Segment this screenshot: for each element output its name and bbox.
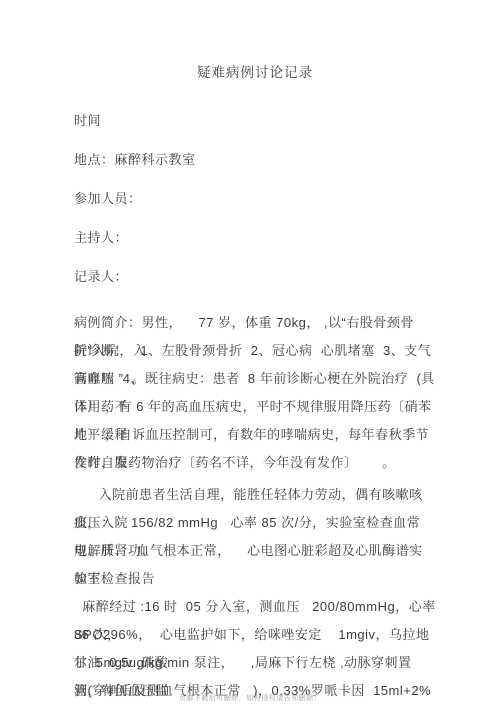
text-line: 病例简介：男性， 77 岁，体重 70kg， ,以“右股骨颈骨折”入院，入 [74,309,436,337]
text-line: 院诊断： 1、左股骨颈骨折 2、冠心病 心肌堵塞 3、支气管哮喘 4、 [74,337,436,365]
field-time: 时间 [74,114,436,128]
footer-disclaimer: 页脚下载后可删除，如有侵权请告知删除！ [0,694,500,703]
text-line: 血压： 156/82 mmHg 心率 85 次/分，实验室检查血常规、肝肾功、 [74,509,436,537]
paragraph-anesthesia: 麻醉经过 :16 时 05 分入室，测血压 200/80mmHg，心率 86 次… [74,593,436,705]
field-participants: 参加人员： [74,192,436,206]
text-line: 高血压 ” 。既往病史：患者 8 年前诊断心梗在外院治疗 (具体用药不 [74,365,436,393]
text-line: 入院前患者生活自理，能胜任轻体力劳动，偶有咳嗽咳痰，入院 [74,481,436,509]
document-title: 疑难病例讨论记录 [74,66,436,80]
paragraph-case-intro: 病例简介：男性， 77 岁，体重 70kg， ,以“右股骨颈骨折”入院，入院诊断… [74,309,436,477]
text-line: 甘油 0.5ug/kg.min 泵注， ,局麻下行左桡 ,动脉穿刺置管，有创血压… [74,649,436,677]
field-recorder: 记录人： [74,270,436,284]
text-line: SPO296%， 心电监护如下，给咪唑安定 1mgiv，乌拉地尔 5mgiv ,… [74,621,436,649]
field-location: 地点：麻醉科示教室 [74,153,436,167]
text-line: 片〕 ，自诉血压控制可，有数年的哮喘病史，每年春秋季节发作，发 [74,421,436,449]
text-line: 麻醉经过 :16 时 05 分入室，测血压 200/80mmHg，心率 86 次… [74,593,436,621]
text-line: 详〕 ，有 6 年的高血压病史，平时不规律服用降压药〔硝苯地平缓释 [74,393,436,421]
text-line: 作时自服药物治疗〔药名不详，今年没有发作〕 。 [74,449,436,477]
field-host: 主持人： [74,231,436,245]
document-page: 疑难病例讨论记录 时间 地点：麻醉科示教室 参加人员： 主持人： 记录人： 病例… [0,0,500,708]
text-line: 电解质、 血气根本正常， 心电图心脏彩超及心肌酶谱实验室检查报告 [74,537,436,565]
paragraph-admission: 入院前患者生活自理，能胜任轻体力劳动，偶有咳嗽咳痰，入院血压： 156/82 m… [74,481,436,593]
field-lines: 时间 地点：麻醉科示教室 参加人员： 主持人： 记录人： [74,114,436,284]
